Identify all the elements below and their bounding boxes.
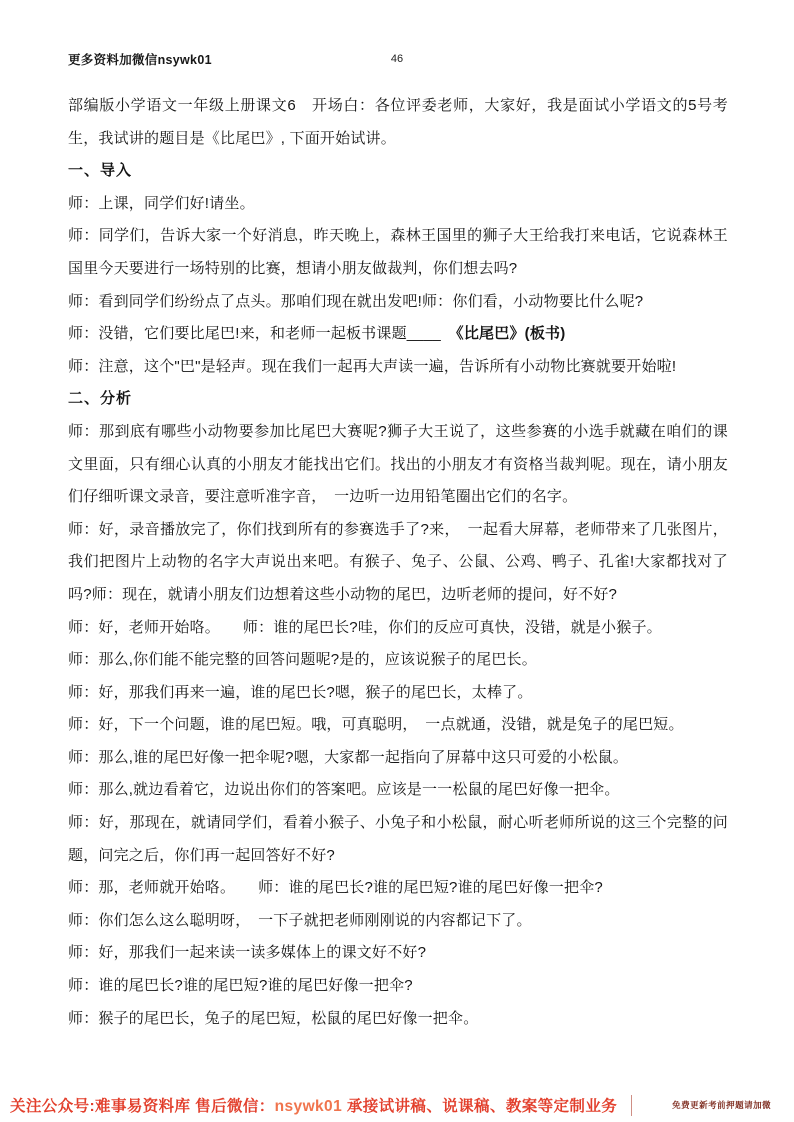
doc-paragraph: 师：好，那现在，就请同学们，看着小猴子、小兔子和小松鼠，耐心听老师所说的这三个完… xyxy=(68,807,728,872)
text-segment: 师：那，老师就开始咯。 师：谁的尾巴长?谁的尾巴短?谁的尾巴好像一把伞? xyxy=(68,879,603,896)
document-page: 更多资料加微信nsywk01 46 部编版小学语文一年级上册课文6 开场白：各位… xyxy=(0,0,794,1122)
doc-paragraph: 师：看到同学们纷纷点了点头。那咱们现在就出发吧!师：你们看，小动物要比什么呢? xyxy=(68,286,728,319)
footer-promo-segment: 承接试讲稿、说课稿、教案等定制业务 xyxy=(342,1098,617,1115)
text-segment: 师：上课，同学们好!请坐。 xyxy=(68,195,255,212)
text-segment: 师：好，那现在，就请同学们，看着小猴子、小兔子和小松鼠，耐心听老师所说的这三个完… xyxy=(68,814,728,864)
doc-heading: 二、分析 xyxy=(68,383,728,416)
footer-promo-segment: 关注公众号:难事易资料库 售后微信： xyxy=(10,1098,275,1115)
text-segment: 师：好，录音播放完了，你们找到所有的参赛选手了?来， 一起看大屏幕，老师带来了几… xyxy=(68,521,728,603)
footer: 关注公众号:难事易资料库 售后微信：nsywk01 承接试讲稿、说课稿、教案等定… xyxy=(10,1092,784,1118)
text-segment: 一、导入 xyxy=(68,162,132,179)
text-segment: 师：好，老师开始咯。 师：谁的尾巴长?哇，你们的反应可真快，没错，就是小猴子。 xyxy=(68,619,662,636)
text-segment: 师：猴子的尾巴长，兔子的尾巴短，松鼠的尾巴好像一把伞。 xyxy=(68,1010,478,1027)
text-segment: 师：那么,就边看着它，边说出你们的答案吧。应该是一一松鼠的尾巴好像一把伞。 xyxy=(68,781,620,798)
text-segment: 师：好，那我们再来一遍，谁的尾巴长?嗯，猴子的尾巴长，太棒了。 xyxy=(68,684,533,701)
text-segment: 师：注意，这个"巴"是轻声。现在我们一起再大声读一遍，告诉所有小动物比赛就要开始… xyxy=(68,358,676,375)
text-segment: 师：好，下一个问题，谁的尾巴短。哦，可真聪明， 一点就通，没错，就是兔子的尾巴短… xyxy=(68,716,684,733)
text-segment: 师：谁的尾巴长?谁的尾巴短?谁的尾巴好像一把伞? xyxy=(68,977,413,994)
text-segment: 师：没错，它们要比尾巴!来，和老师一起板书课题____ xyxy=(68,325,456,342)
doc-paragraph: 师：没错，它们要比尾巴!来，和老师一起板书课题____ 《比尾巴》(板书) xyxy=(68,318,728,351)
doc-paragraph: 师：好，那我们一起来读一读多媒体上的课文好不好? xyxy=(68,937,728,970)
doc-paragraph: 师：那到底有哪些小动物要参加比尾巴大赛呢?狮子大王说了，这些参赛的小选手就藏在咱… xyxy=(68,416,728,514)
doc-paragraph: 师：同学们，告诉大家一个好消息，昨天晚上，森林王国里的狮子大王给我打来电话，它说… xyxy=(68,220,728,285)
doc-paragraph: 师：你们怎么这么聪明呀， 一下子就把老师刚刚说的内容都记下了。 xyxy=(68,905,728,938)
page-number: 46 xyxy=(0,53,794,65)
doc-paragraph: 师：那么,就边看着它，边说出你们的答案吧。应该是一一松鼠的尾巴好像一把伞。 xyxy=(68,774,728,807)
doc-paragraph: 师：好，那我们再来一遍，谁的尾巴长?嗯，猴子的尾巴长，太棒了。 xyxy=(68,677,728,710)
text-segment: 师：那到底有哪些小动物要参加比尾巴大赛呢?狮子大王说了，这些参赛的小选手就藏在咱… xyxy=(68,423,728,505)
doc-paragraph: 师：上课，同学们好!请坐。 xyxy=(68,188,728,221)
doc-paragraph: 师：好，老师开始咯。 师：谁的尾巴长?哇，你们的反应可真快，没错，就是小猴子。 xyxy=(68,612,728,645)
text-segment: 部编版小学语文一年级上册课文6 开场白：各位评委老师，大家好，我是面试小学语文的… xyxy=(68,97,728,147)
doc-paragraph: 师：那么,谁的尾巴好像一把伞呢?嗯，大家都一起指向了屏幕中这只可爱的小松鼠。 xyxy=(68,742,728,775)
text-segment: 师：那么,你们能不能完整的回答问题呢?是的，应该说猴子的尾巴长。 xyxy=(68,651,537,668)
footer-right-note: 免费更新考前押题请加微 xyxy=(672,1099,771,1111)
footer-promo-text: 关注公众号:难事易资料库 售后微信：nsywk01 承接试讲稿、说课稿、教案等定… xyxy=(10,1094,617,1116)
text-segment: 师：看到同学们纷纷点了点头。那咱们现在就出发吧!师：你们看，小动物要比什么呢? xyxy=(68,293,643,310)
doc-paragraph: 部编版小学语文一年级上册课文6 开场白：各位评委老师，大家好，我是面试小学语文的… xyxy=(68,90,728,155)
document-body: 部编版小学语文一年级上册课文6 开场白：各位评委老师，大家好，我是面试小学语文的… xyxy=(68,90,728,1035)
doc-paragraph: 师：好，录音播放完了，你们找到所有的参赛选手了?来， 一起看大屏幕，老师带来了几… xyxy=(68,514,728,612)
text-segment: 《比尾巴》(板书) xyxy=(456,325,565,342)
doc-paragraph: 师：谁的尾巴长?谁的尾巴短?谁的尾巴好像一把伞? xyxy=(68,970,728,1003)
doc-paragraph: 师：猴子的尾巴长，兔子的尾巴短，松鼠的尾巴好像一把伞。 xyxy=(68,1003,728,1036)
footer-divider xyxy=(631,1095,632,1116)
doc-heading: 一、导入 xyxy=(68,155,728,188)
doc-paragraph: 师：注意，这个"巴"是轻声。现在我们一起再大声读一遍，告诉所有小动物比赛就要开始… xyxy=(68,351,728,384)
text-segment: 师：同学们，告诉大家一个好消息，昨天晚上，森林王国里的狮子大王给我打来电话，它说… xyxy=(68,227,728,277)
doc-paragraph: 师：那，老师就开始咯。 师：谁的尾巴长?谁的尾巴短?谁的尾巴好像一把伞? xyxy=(68,872,728,905)
doc-paragraph: 师：那么,你们能不能完整的回答问题呢?是的，应该说猴子的尾巴长。 xyxy=(68,644,728,677)
text-segment: 二、分析 xyxy=(68,390,132,407)
footer-promo-segment: nsywk01 xyxy=(275,1098,342,1115)
text-segment: 师：那么,谁的尾巴好像一把伞呢?嗯，大家都一起指向了屏幕中这只可爱的小松鼠。 xyxy=(68,749,628,766)
text-segment: 师：你们怎么这么聪明呀， 一下子就把老师刚刚说的内容都记下了。 xyxy=(68,912,532,929)
text-segment: 师：好，那我们一起来读一读多媒体上的课文好不好? xyxy=(68,944,426,961)
doc-paragraph: 师：好，下一个问题，谁的尾巴短。哦，可真聪明， 一点就通，没错，就是兔子的尾巴短… xyxy=(68,709,728,742)
